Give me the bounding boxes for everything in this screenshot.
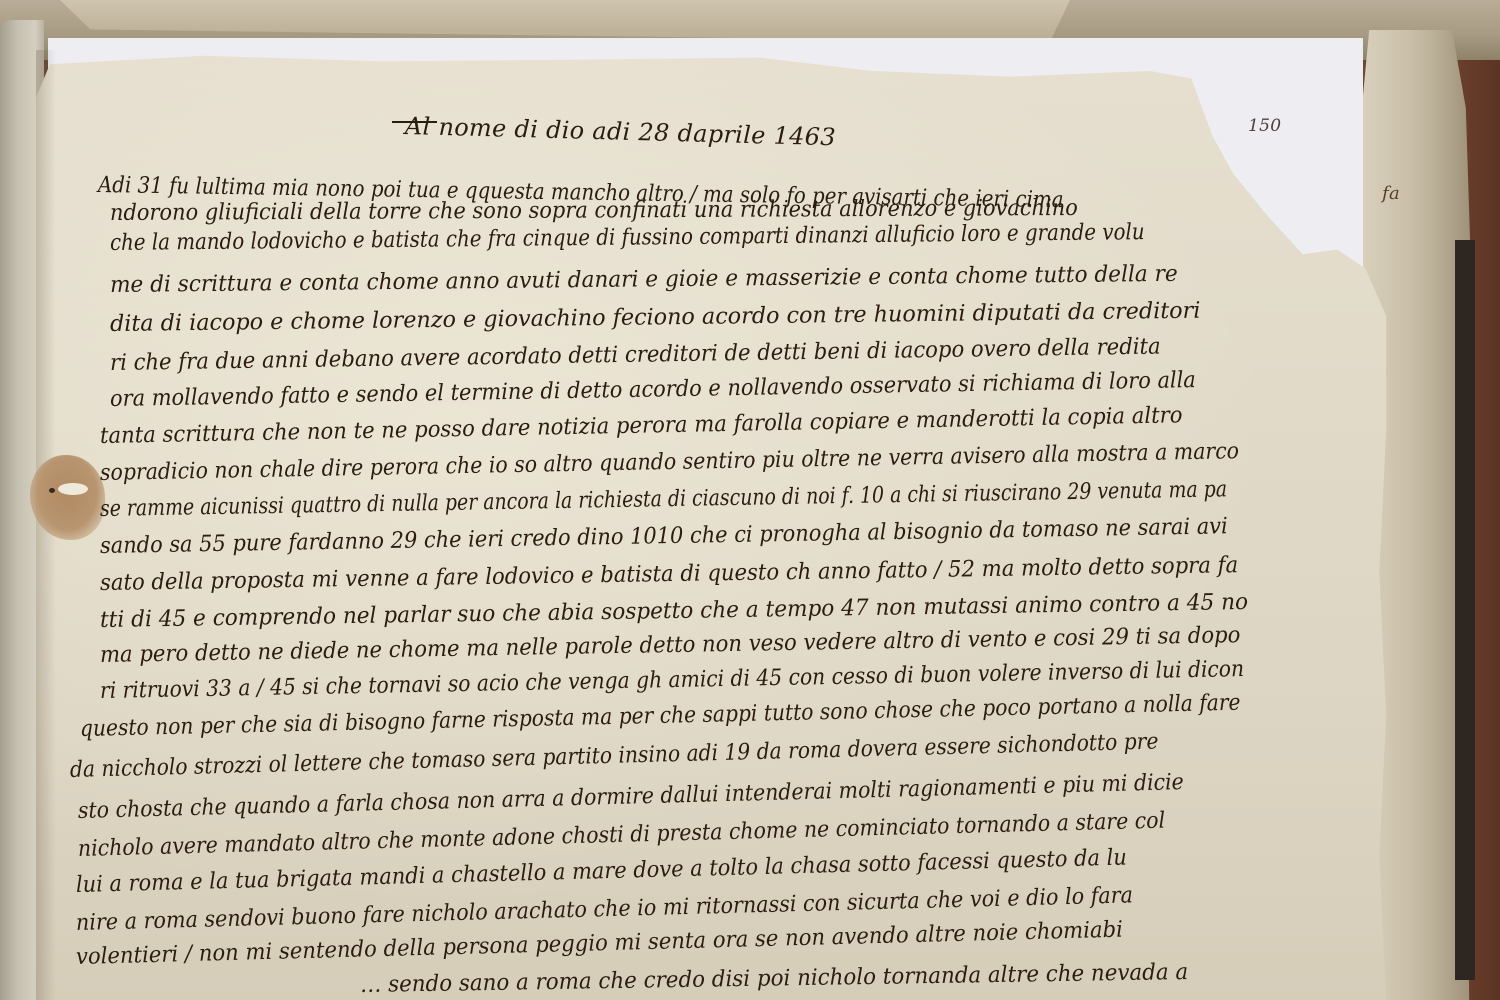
- ink-stain: [30, 455, 105, 540]
- folio-number: 150: [1248, 116, 1281, 136]
- stain-hole: [58, 483, 88, 495]
- page-stack-shadow: [1455, 240, 1475, 980]
- stain-dot: [49, 488, 55, 493]
- margin-note: fa: [1382, 183, 1400, 204]
